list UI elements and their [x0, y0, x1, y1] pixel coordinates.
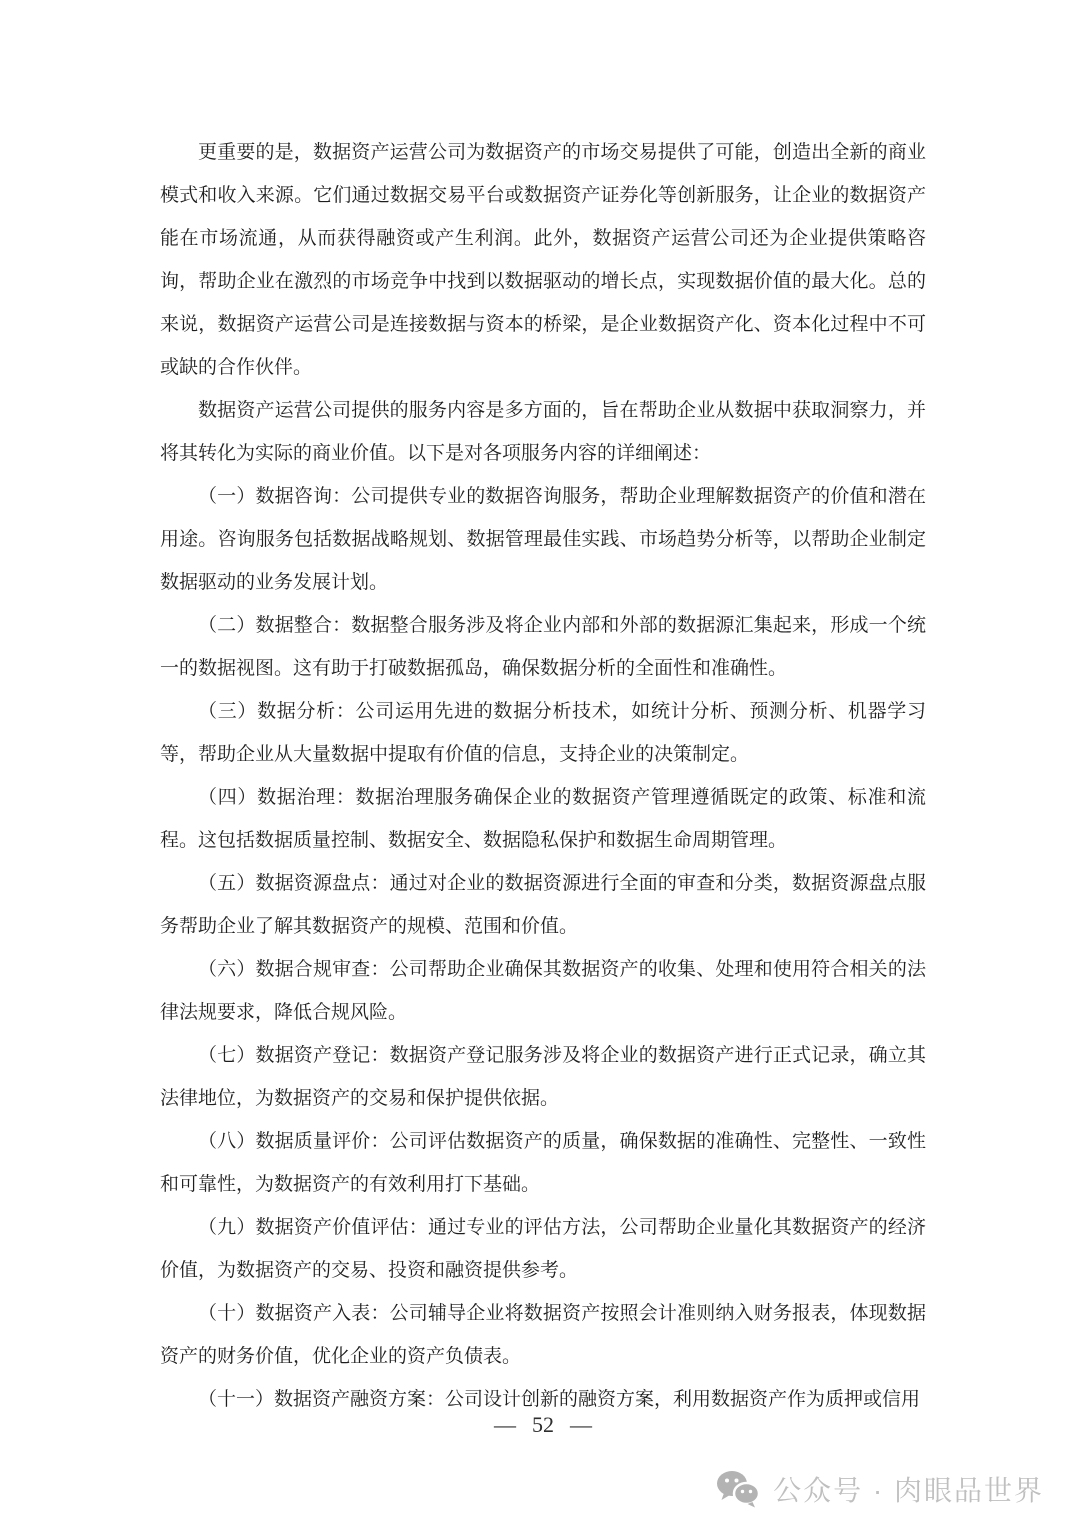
- paragraph-item-2-data-integration: （二）数据整合：数据整合服务涉及将企业内部和外部的数据源汇集起来，形成一个统一的…: [160, 604, 926, 690]
- wechat-icon: [716, 1470, 760, 1508]
- paragraph-services-overview: 数据资产运营公司提供的服务内容是多方面的，旨在帮助企业从数据中获取洞察力，并将其…: [160, 389, 926, 475]
- document-page: 更重要的是，数据资产运营公司为数据资产的市场交易提供了可能，创造出全新的商业模式…: [0, 0, 1080, 1527]
- paragraph-item-7-data-asset-registration: （七）数据资产登记：数据资产登记服务涉及将企业的数据资产进行正式记录，确立其法律…: [160, 1034, 926, 1120]
- paragraph-item-1-data-consulting: （一）数据咨询：公司提供专业的数据咨询服务，帮助企业理解数据资产的价值和潜在用途…: [160, 475, 926, 604]
- paragraph-item-9-data-asset-valuation: （九）数据资产价值评估：通过专业的评估方法，公司帮助企业量化其数据资产的经济价值…: [160, 1206, 926, 1292]
- paragraph-item-8-data-quality-evaluation: （八）数据质量评价：公司评估数据资产的质量，确保数据的准确性、完整性、一致性和可…: [160, 1120, 926, 1206]
- paragraph-intro: 更重要的是，数据资产运营公司为数据资产的市场交易提供了可能，创造出全新的商业模式…: [160, 131, 926, 389]
- paragraph-item-4-data-governance: （四）数据治理：数据治理服务确保企业的数据资产管理遵循既定的政策、标准和流程。这…: [160, 776, 926, 862]
- page-number-value: 52: [532, 1412, 554, 1438]
- page-number: — 52 —: [160, 1412, 926, 1438]
- document-body: 更重要的是，数据资产运营公司为数据资产的市场交易提供了可能，创造出全新的商业模式…: [160, 131, 926, 1421]
- page-number-dash-right: —: [570, 1412, 592, 1438]
- paragraph-item-10-data-asset-accounting: （十）数据资产入表：公司辅导企业将数据资产按照会计准则纳入财务报表，体现数据资产…: [160, 1292, 926, 1378]
- footer-watermark: 公众号 · 肉眼品世界: [716, 1469, 1044, 1509]
- paragraph-item-5-data-resource-inventory: （五）数据资源盘点：通过对企业的数据资源进行全面的审查和分类，数据资源盘点服务帮…: [160, 862, 926, 948]
- paragraph-item-3-data-analysis: （三）数据分析：公司运用先进的数据分析技术，如统计分析、预测分析、机器学习等，帮…: [160, 690, 926, 776]
- footer-watermark-label: 公众号 · 肉眼品世界: [773, 1469, 1044, 1509]
- paragraph-item-6-data-compliance-review: （六）数据合规审查：公司帮助企业确保其数据资产的收集、处理和使用符合相关的法律法…: [160, 948, 926, 1034]
- page-number-dash-left: —: [494, 1412, 516, 1438]
